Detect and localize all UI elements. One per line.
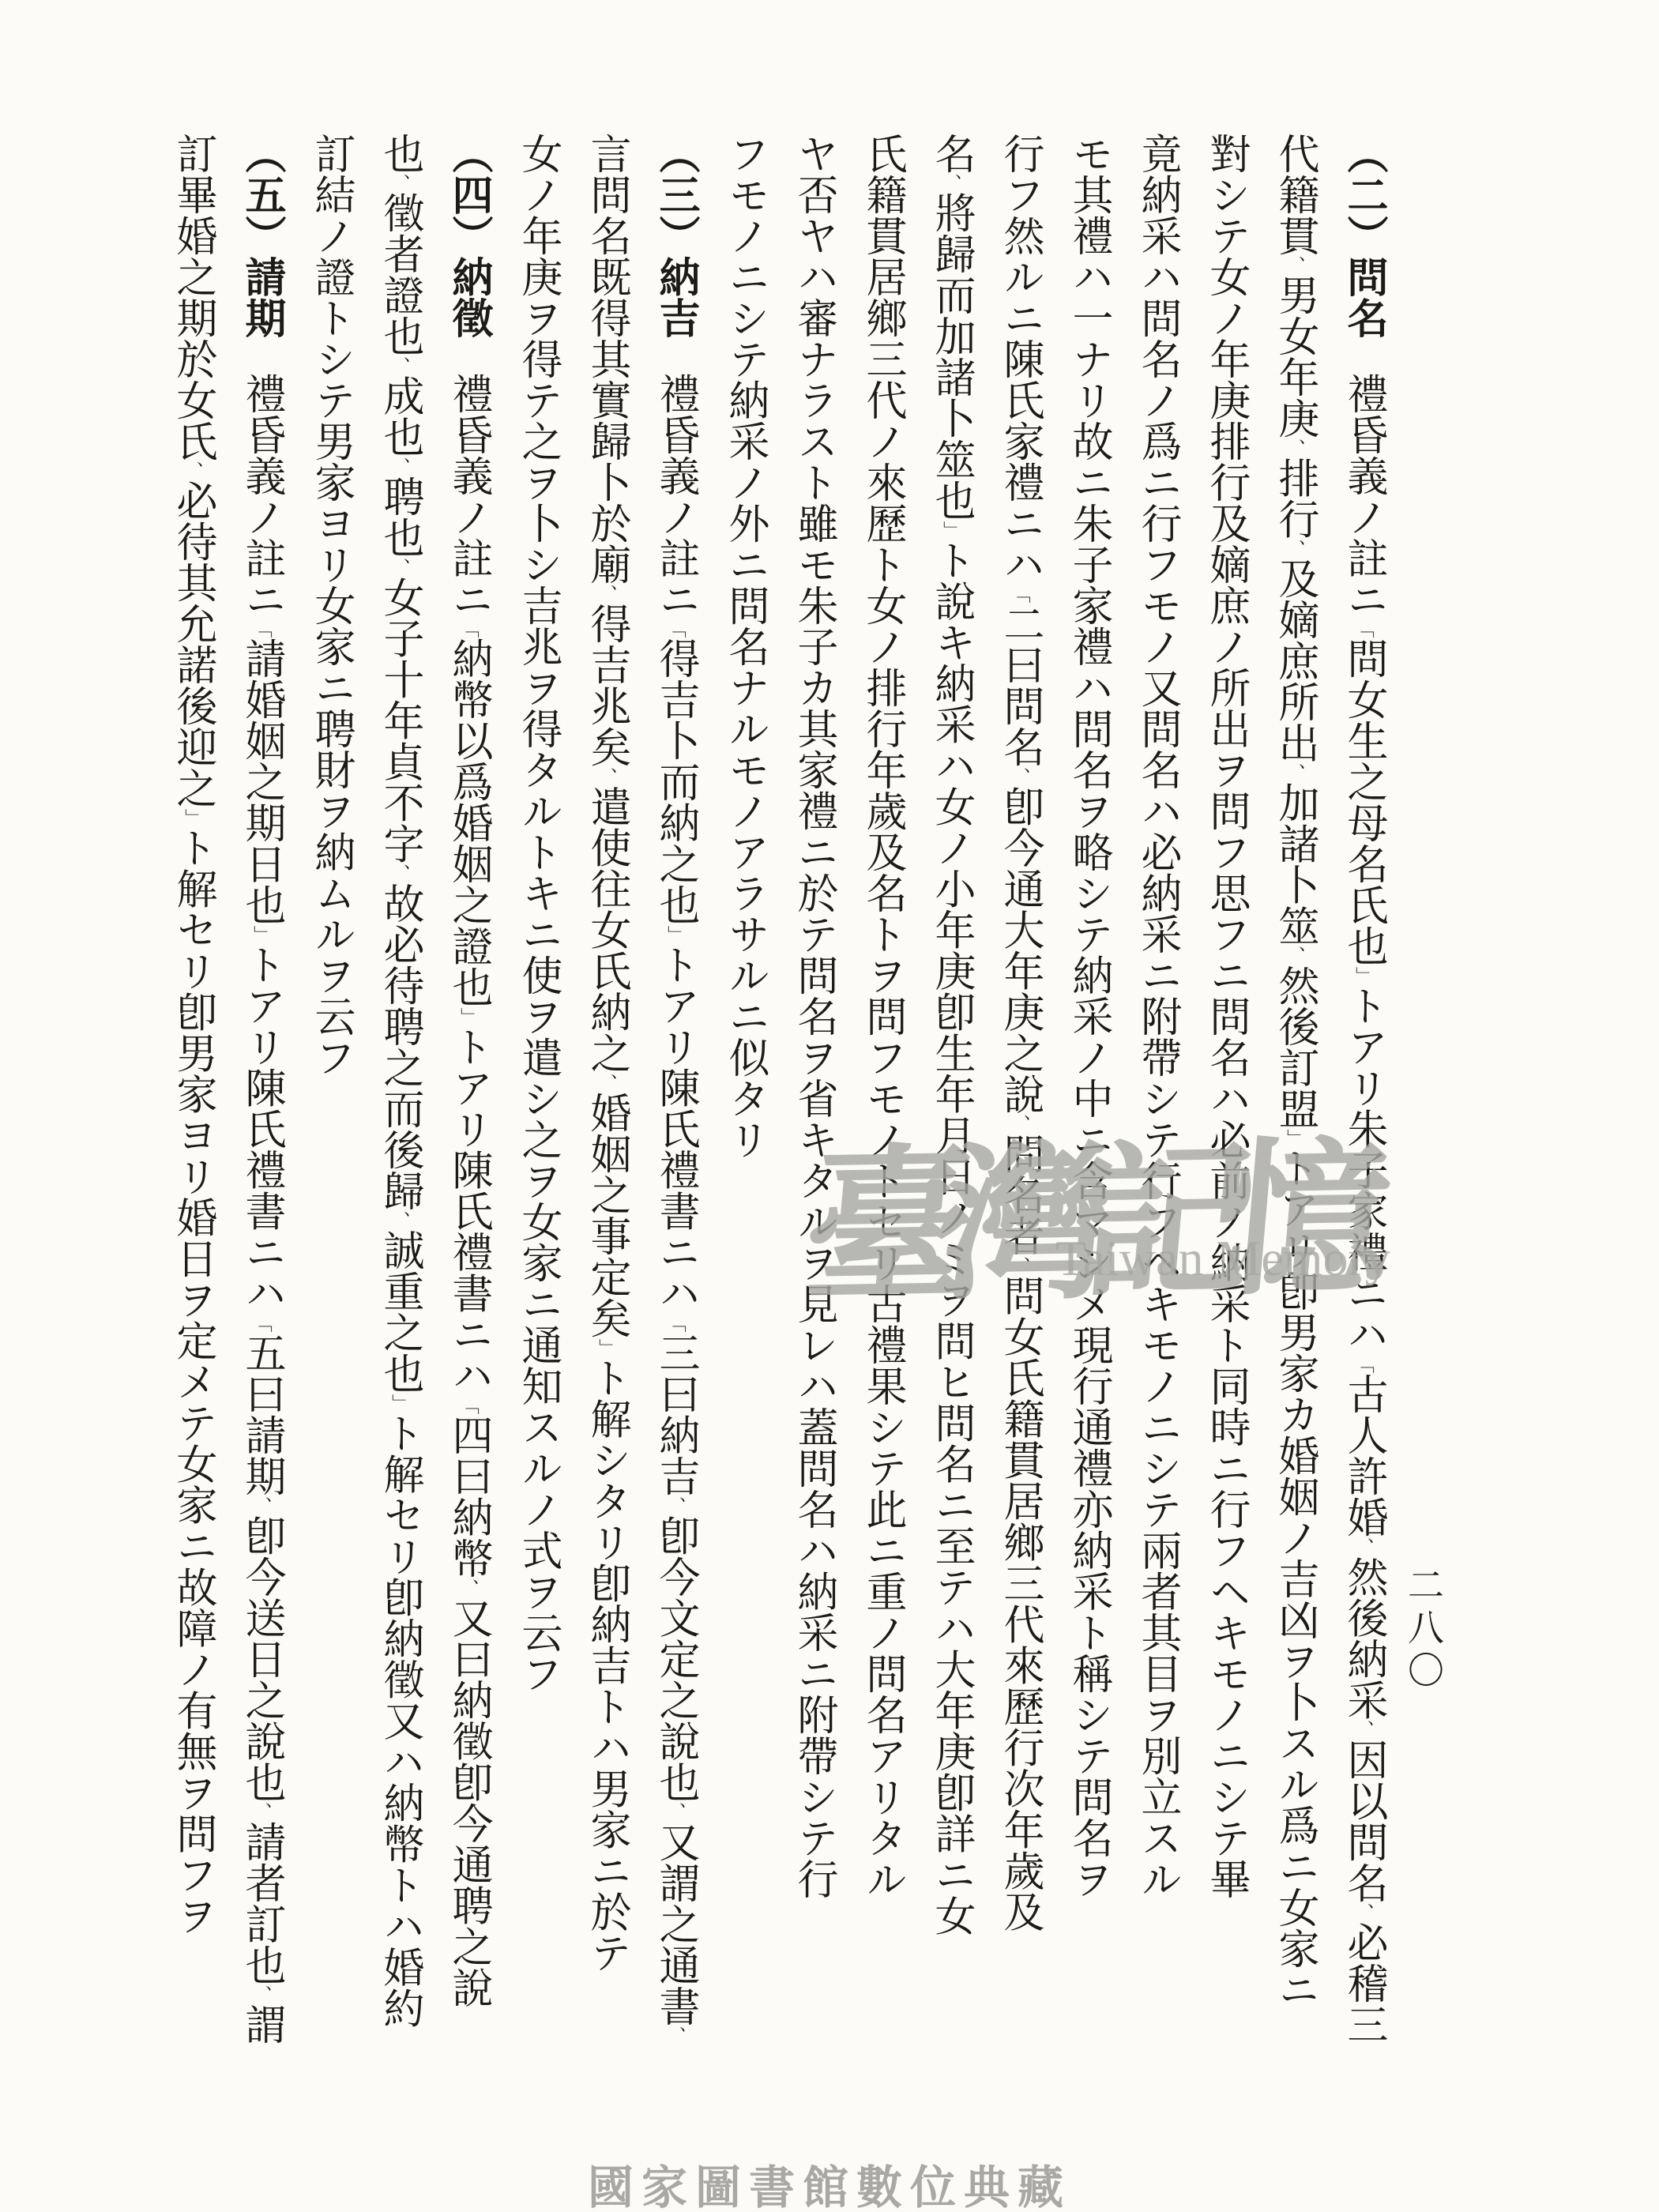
section-title: 納徵	[445, 256, 493, 338]
text-column: フモノニシテ納采ノ外ニ問名ナルモノアラサルニ似タリ	[710, 133, 779, 2052]
text-column: 言問名既得其實歸卜於廟、得吉兆矣、遣使往女氏納之、婚姻之事定矣」ト解シタリ卽納吉…	[572, 133, 641, 2052]
text-column: ︵四︶納徵禮昏義ノ註ニ「納幣以爲婚姻之證也」トアリ陳氏禮書ニハ「四曰納幣、又曰納…	[434, 133, 503, 2052]
text-column: モ其禮ハ一ナリ故ニ朱子家禮ハ問名ヲ略シテ納采ノ中ニ含マシメ現行通禮亦納采ト稱シテ…	[1054, 133, 1123, 2052]
document-page: ︵二︶問名禮昏義ノ註ニ「問女生之母名氏也」トアリ朱子家禮ニハ「古人許婚、然後納采…	[0, 0, 1659, 2212]
text-column: 代籍貫、男女年庚、排行、及嫡庶所出、加諸卜筮、然後訂盟」トアリ卽男家カ婚姻ノ吉凶…	[1260, 133, 1329, 2052]
page-number: 二八〇	[1403, 1566, 1444, 1694]
section-number: ︵四︶	[445, 133, 493, 256]
text-column: ︵二︶問名禮昏義ノ註ニ「問女生之母名氏也」トアリ朱子家禮ニハ「古人許婚、然後納采…	[1329, 133, 1398, 2052]
text-column: 對シテ女ノ年庚排行及嫡庶ノ所出ヲ問フ思フニ問名ハ必前ノ納采ト同時ニ行フヘキモノニ…	[1191, 133, 1260, 2052]
text-column: 行フ然ルニ陳氏家禮ニハ「二曰問名、卽今通大年庚之說、問名者、問女氏籍貫居鄉三代來…	[985, 133, 1054, 2052]
text-column: 竟納采ハ問名ノ爲ニ行フモノ又問名ハ必納采ニ附帶シテ行フヘキモノニシテ兩者其目ヲ別…	[1123, 133, 1191, 2052]
text-column: 訂結ノ證トシテ男家ヨリ女家ニ聘財ヲ納ムルヲ云フ	[296, 133, 365, 2052]
text-column: 名、將歸而加諸卜筮也」ト說キ納采ハ女ノ小年庚卽生年月日ノミヲ問ヒ問名ニ至テハ大年…	[916, 133, 985, 2052]
section-number: ︵五︶	[238, 133, 286, 256]
text-column: ︵三︶納吉禮昏義ノ註ニ「得吉卜而納之也」トアリ陳氏禮書ニハ「三曰納吉、卽今文定之…	[641, 133, 710, 2052]
text-column: 訂畢婚之期於女氏、必待其允諾後迎之」ト解セリ卽男家ヨリ婚日ヲ定メテ女家ニ故障ノ有…	[158, 133, 227, 2052]
section-title: 問名	[1340, 256, 1388, 338]
text-column: ︵五︶請期禮昏義ノ註ニ「請婚姻之期日也」トアリ陳氏禮書ニハ「五曰請期、卽今送日之…	[227, 133, 296, 2052]
section-number: ︵二︶	[1340, 133, 1388, 256]
text-block: ︵二︶問名禮昏義ノ註ニ「問女生之母名氏也」トアリ朱子家禮ニハ「古人許婚、然後納采…	[158, 133, 1398, 2052]
text-column: 氏籍貫居鄉三代ノ來歷ト女ノ排行年歲及名トヲ問フモノトセリ古禮果シテ此ニ重ノ問名ア…	[848, 133, 916, 2052]
section-number: ︵三︶	[652, 133, 700, 256]
text-column: 也、徵者證也、成也、聘也、女子十年貞不字、故必待聘之而後歸、誠重之也」ト解セリ卽…	[365, 133, 434, 2052]
section-title: 請期	[238, 256, 286, 338]
footer-credit: 國家圖書館數位典藏	[0, 2150, 1659, 2212]
text-column: 女ノ年庚ヲ得テ之ヲ卜シ吉兆ヲ得タルトキニ使ヲ遣シ之ヲ女家ニ通知スルノ式ヲ云フ	[503, 133, 572, 2052]
text-column: ヤ否ヤハ審ナラスト雖モ朱子カ其家禮ニ於テ問名ヲ省キタルヲ見レハ蓋問名ハ納采ニ附帶…	[779, 133, 848, 2052]
section-title: 納吉	[652, 256, 700, 338]
